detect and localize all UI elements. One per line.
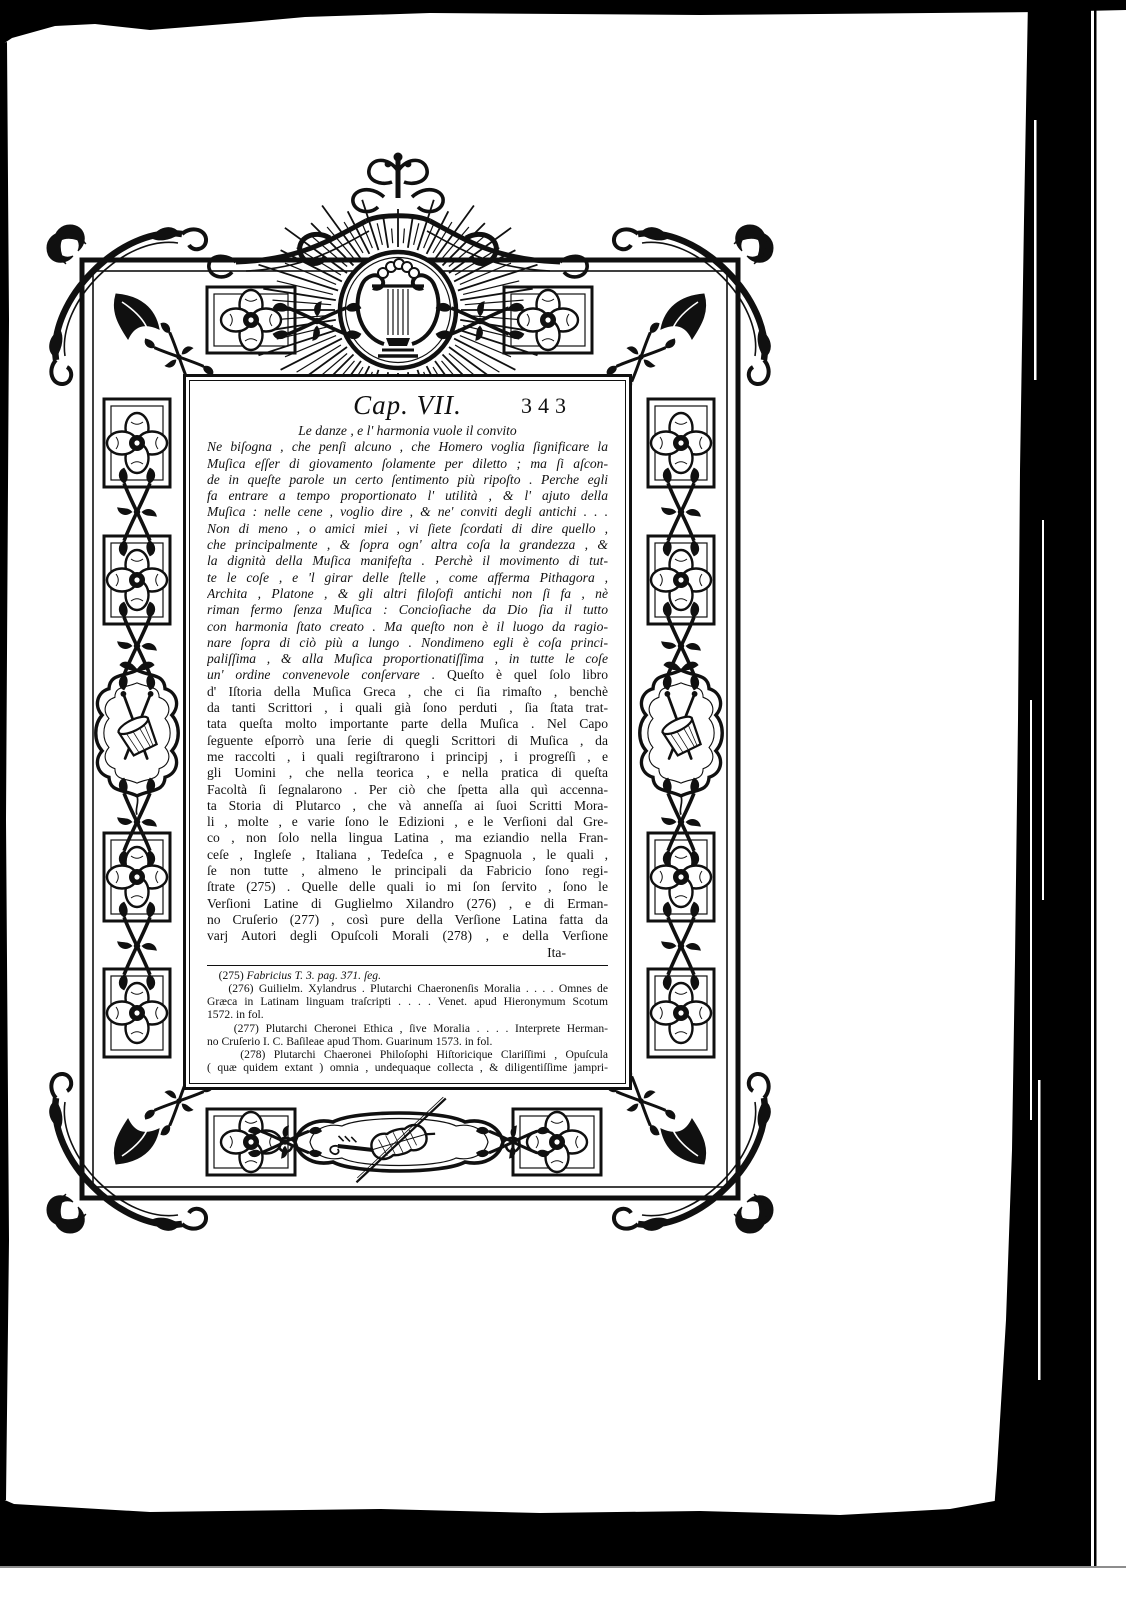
crossed-leaves-icon (118, 902, 157, 990)
text-line: Le danze , e l' harmonia vuole il convit… (207, 423, 608, 439)
text-line: ceſe , Ingleſe , Italiana , Tedeſca , e … (207, 847, 608, 863)
text-panel: Cap. VII. 343 Le danze , e l' harmonia v… (183, 374, 632, 1090)
text-segment: un' ordine convenevole conſervare . (207, 667, 447, 682)
text-line: ta Storia di Plutarco , che và anneſſa a… (207, 798, 608, 814)
rosette-icon (207, 287, 295, 353)
body-text: Le danze , e l' harmonia vuole il convit… (207, 423, 608, 945)
footnote-line: ( quæ quidem extant ) omnia , undequaque… (207, 1061, 608, 1074)
text-line: paliſſima , & alla Muſica proportionatiſ… (207, 651, 608, 667)
text-line: Non di meno , o amici miei , vi ſiete ſc… (207, 521, 608, 537)
rosette-icon (504, 287, 592, 353)
text-line: Facoltà ſi ſegnalarono . Per ciò che ſpe… (207, 782, 608, 798)
rosette-icon (648, 399, 714, 487)
rosette-icon (648, 969, 714, 1057)
footnote-line: (278) Plutarchi Chaeronei Philoſophi Hiſ… (207, 1048, 608, 1061)
text-line: nare ſopra di ciò più a lungo . Nondimen… (207, 635, 608, 651)
book-page-scan: { "header": { "chapter": "Cap. VII.", "p… (0, 0, 1126, 1600)
text-panel-inner-rule: Cap. VII. 343 Le danze , e l' harmonia v… (189, 380, 626, 1084)
drum-emblem (640, 662, 722, 814)
text-line: ſeguente eſporrò una ſerie di quegli Scr… (207, 733, 608, 749)
text-segment: (275) (207, 969, 247, 982)
crossed-leaves-icon (662, 902, 701, 990)
text-line: li , molte , e varie ſono le Edizioni , … (207, 814, 608, 830)
footnote-line: Græca in Latinam linguam traſcripti . . … (207, 995, 608, 1008)
text-segment: Fabricius T. 3. pag. 371. ſeg. (247, 969, 381, 982)
corner-scroll-icon (47, 225, 216, 394)
rosette-icon (648, 833, 714, 921)
footnote-rule (207, 965, 608, 966)
text-line: Muſica eſſer di giovamento ſolamente per… (207, 456, 608, 472)
scan-edge-left (0, 42, 9, 1500)
page-header: Cap. VII. 343 (207, 390, 608, 420)
rosette-icon (104, 969, 170, 1057)
violin-emblem (278, 1096, 519, 1186)
rosette-icon (104, 536, 170, 624)
footnote-line: (275) Fabricius T. 3. pag. 371. ſeg. (207, 969, 608, 982)
text-line: d' Iſtoria della Muſica Greca , che ci ſ… (207, 684, 608, 700)
text-line: gli Uomini , che nella teorica , e nella… (207, 765, 608, 781)
text-line: co , non ſolo nella lingua Latina , ma e… (207, 830, 608, 846)
scan-gutter-line (1094, 0, 1097, 1566)
catchword-line: Ita- (207, 945, 608, 961)
footnote-line: 1572. in fol. (207, 1008, 608, 1021)
text-line: te le coſe , e 'l girar delle ſtelle , c… (207, 570, 608, 586)
text-line: fa entrare a tempo proportionato l' util… (207, 488, 608, 504)
crossed-leaves-icon (118, 602, 157, 690)
footnote-line: (276) Guilielm. Xylandrus . Plutarchi Ch… (207, 982, 608, 995)
text-line: la dignità della Muſica manifeſta . Perc… (207, 553, 608, 569)
rosette-icon (104, 399, 170, 487)
text-line: da tanti Scrittori , i quali già ſono pe… (207, 700, 608, 716)
text-segment: Queſto è quel ſolo libro (447, 667, 608, 682)
page-number: 343 (521, 391, 572, 421)
text-line: de in queſte parole un certo ſentimento … (207, 472, 608, 488)
text-line: che principalmente , & ſopra ogn' altra … (207, 537, 608, 553)
text-line: tata queſta molto importante parte della… (207, 716, 608, 732)
text-line: un' ordine convenevole conſervare . Queſ… (207, 667, 608, 683)
footnote-line: no Cruſerio I. C. Baſileae apud Thom. Gu… (207, 1035, 608, 1048)
crossed-leaves-icon (662, 602, 701, 690)
footnote-line: (277) Plutarchi Cheronei Ethica , ſive M… (207, 1022, 608, 1035)
scan-edge-top (0, 0, 1126, 46)
text-line: no Cruſerio (277) , così pure della Verſ… (207, 912, 608, 928)
text-line: me raccolti , i quali regiſtrarono i pri… (207, 749, 608, 765)
text-line: varj Autori degli Opuſcoli Morali (278) … (207, 928, 608, 944)
text-line: Verſioni Latine di Guglielmo Xilandro (2… (207, 896, 608, 912)
text-line: Ne biſogna , che penſi alcuno , che Home… (207, 439, 608, 455)
scan-boundary-line (0, 1566, 1126, 1568)
text-line: Muſica : nelle cene , voglio dire , & ne… (207, 504, 608, 520)
catchword: Ita- (547, 945, 566, 960)
rosette-icon (104, 833, 170, 921)
scan-edge-bottom (0, 1498, 1091, 1566)
drum-emblem (96, 662, 178, 814)
text-line: Archita , Platone , & gli altri filoſofi… (207, 586, 608, 602)
rosette-icon (648, 536, 714, 624)
text-line: ſe non tutte , almeno le principali da F… (207, 863, 608, 879)
footnotes: (275) Fabricius T. 3. pag. 371. ſeg. (27… (207, 969, 608, 1075)
text-line: riman fermo ſenza Muſica : Concioſiache … (207, 602, 608, 618)
corner-scroll-icon (604, 225, 773, 394)
text-line: con harmonia ſtato creato . Ma queſto no… (207, 619, 608, 635)
text-line: ſtrate (275) . Quelle delle quali io mi … (207, 879, 608, 895)
rosette-icon (513, 1109, 601, 1175)
panel-content: Cap. VII. 343 Le danze , e l' harmonia v… (190, 381, 625, 1083)
